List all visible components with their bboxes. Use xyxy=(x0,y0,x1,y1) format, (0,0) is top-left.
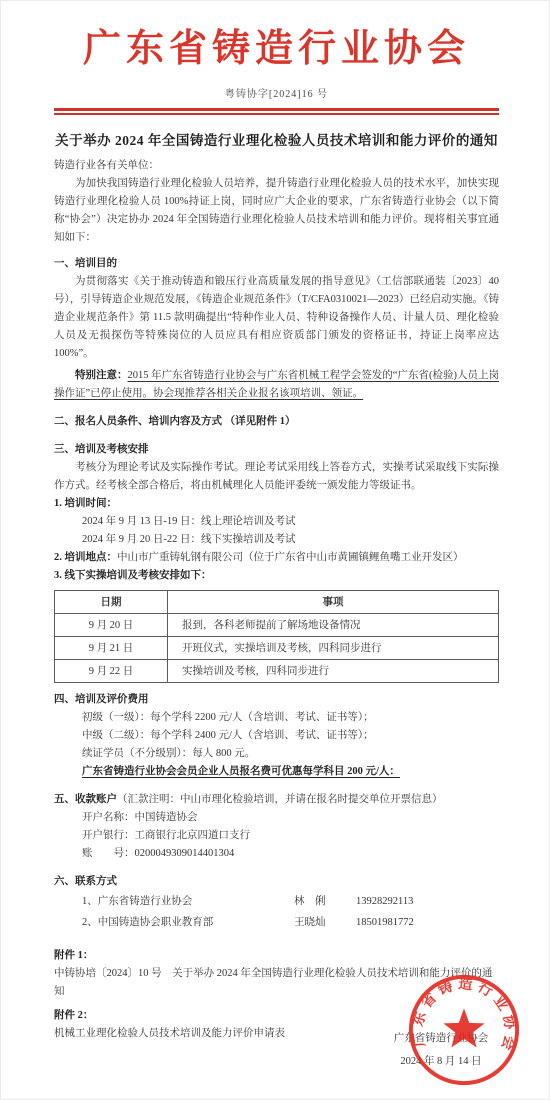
contact-phone: 13928292113 xyxy=(356,891,413,912)
table-row: 9 月 21 日 开班仪式，实操培训及考核，四科同步进行 xyxy=(55,636,499,659)
schedule-table: 日期 事项 9 月 20 日 报到，各科老师提前了解场地设备情况 9 月 21 … xyxy=(54,590,499,683)
table-row: 9 月 20 日 报到，各科老师提前了解场地设备情况 xyxy=(55,613,499,636)
section5-heading-row: 五、收款账户（汇款注明：中山市理化检验培训，并请在报名时提交单位开票信息） xyxy=(54,791,499,809)
section4-heading: 四、培训及评价费用 xyxy=(54,691,499,709)
training-time-2: 2024 年 9 月 20 日-22 日：线下实操培训及考试 xyxy=(54,531,499,549)
section1-paragraph: 为贯彻落实《关于推动铸造和锻压行业高质量发展的指导意见》（工信部联通装〔2023… xyxy=(54,273,499,363)
column-header-date: 日期 xyxy=(55,590,168,613)
section6-heading: 六、联系方式 xyxy=(54,873,499,891)
training-location-label: 2. 培训地点： xyxy=(54,552,117,563)
training-location-text: 中山市广重铸轧钢有限公司（位于广东省中山市黄圃镇鲤鱼嘴工业开发区） xyxy=(117,552,464,563)
table-cell-item: 实操培训及考核，四科同步进行 xyxy=(168,659,499,682)
section1-heading: 一、培训目的 xyxy=(54,255,499,273)
seal-star-icon xyxy=(443,1008,484,1047)
doc-number: 粤铸协字[2024]16 号 xyxy=(54,85,499,100)
contact-row: 2、中国铸造协会职业教育部 王晓灿 18501981772 xyxy=(54,912,499,933)
section5-heading-note: （汇款注明：中山市理化检验培训，并请在报名时提交单位开票信息） xyxy=(117,794,443,805)
member-discount-note: 广东省铸造行业协会会员企业人员报名费可优惠每学科目 200 元/人： xyxy=(54,763,499,781)
contact-org: 2、中国铸造协会职业教育部 xyxy=(82,912,294,933)
section3-paragraph: 考核分为理论考试及实际操作考试。理论考试采用线上答卷方式，实操考试采取线下实际操… xyxy=(54,459,499,495)
special-note-label: 特别注意： xyxy=(75,370,128,381)
org-name-header: 广东省铸造行业协会 xyxy=(54,27,499,73)
contact-row: 1、广东省铸造行业协会 林 俐 13928292113 xyxy=(54,891,499,912)
salutation: 铸造行业各有关单位： xyxy=(54,157,499,175)
training-time-1: 2024 年 9 月 13 日-19 日：线上理论培训及考试 xyxy=(54,513,499,531)
table-cell-date: 9 月 20 日 xyxy=(55,613,168,636)
account-number-line: 账 号：0200049309014401304 xyxy=(54,845,499,863)
training-time-label: 1. 培训时间： xyxy=(54,495,499,513)
section2-heading: 二、报名人员条件、培训内容及方式 （详见附件 1） xyxy=(54,413,499,431)
table-cell-date: 9 月 22 日 xyxy=(55,659,168,682)
contact-org: 1、广东省铸造行业协会 xyxy=(82,891,294,912)
contact-name: 王晓灿 xyxy=(294,912,356,933)
bank-line: 开户银行：工商银行北京四道口支行 xyxy=(54,827,499,845)
red-rule-thick xyxy=(54,108,499,111)
document-title: 关于举办 2024 年全国铸造行业理化检验人员技术培训和能力评价的通知 xyxy=(54,129,499,149)
intro-paragraph: 为加快我国铸造行业理化检验人员培养，提升铸造行业理化检验人员的技术水平，加快实现… xyxy=(54,175,499,247)
document-page: 广东省铸造行业协会 粤铸协字[2024]16 号 关于举办 2024 年全国铸造… xyxy=(0,0,550,1100)
table-cell-item: 报到，各科老师提前了解场地设备情况 xyxy=(168,613,499,636)
table-cell-item: 开班仪式，实操培训及考核，四科同步进行 xyxy=(168,636,499,659)
table-cell-date: 9 月 21 日 xyxy=(55,636,168,659)
account-number-label: 账 号： xyxy=(82,848,135,859)
red-rule-thin xyxy=(54,113,499,115)
column-header-item: 事项 xyxy=(168,590,499,613)
schedule-intro: 3. 线下实操培训及考核安排如下： xyxy=(54,567,499,585)
training-location: 2. 培训地点：中山市广重铸轧钢有限公司（位于广东省中山市黄圃镇鲤鱼嘴工业开发区… xyxy=(54,549,499,567)
red-double-rule xyxy=(54,108,499,115)
section3-heading: 三、培训及考核安排 xyxy=(54,441,499,459)
table-row: 9 月 22 日 实操培训及考核，四科同步进行 xyxy=(55,659,499,682)
fee-line-renewal: 续证学员（不分级别）：每人 800 元。 xyxy=(54,745,499,763)
attachment1-label: 附件 1： xyxy=(54,947,499,965)
contact-phone: 18501981772 xyxy=(356,912,414,933)
contact-name: 林 俐 xyxy=(294,891,356,912)
table-header-row: 日期 事项 xyxy=(55,590,499,613)
account-number-value: 0200049309014401304 xyxy=(135,848,235,859)
account-name-line: 开户名称：中国铸造协会 xyxy=(54,809,499,827)
official-seal-stamp: 广东省铸造行业协会 xyxy=(405,971,523,1089)
section1-special-note: 特别注意：2015 年广东省铸造行业协会与广东省机械工程学会签发的“广东省(检验… xyxy=(54,367,499,403)
document-content: 广东省铸造行业协会 粤铸协字[2024]16 号 关于举办 2024 年全国铸造… xyxy=(1,27,549,1043)
fee-line-intermediate: 中级（二级）：每个学科 2400 元/人（含培训、考试、证书等）； xyxy=(54,727,499,745)
section5-heading: 五、收款账户 xyxy=(54,794,117,805)
fee-line-junior: 初级（一级）：每个学科 2200 元/人（含培训、考试、证书等）； xyxy=(54,709,499,727)
